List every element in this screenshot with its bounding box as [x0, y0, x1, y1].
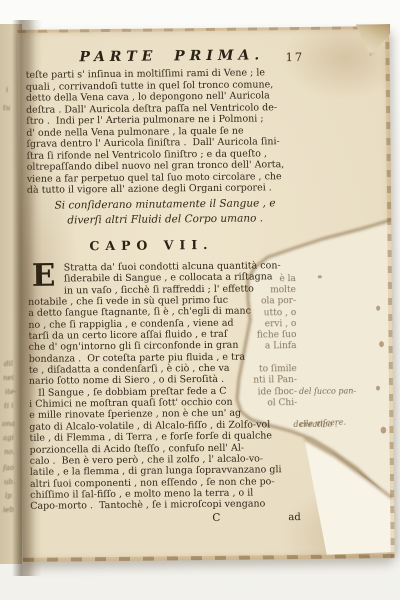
chapter-paragraph: Stratta da' ſuoi condotti alcuna quantit…	[28, 260, 284, 512]
fragment-text: ub.	[4, 478, 15, 486]
page-title: PARTE PRIMA.	[79, 47, 264, 65]
paragraph-continuation: teſte parti s' inſinua in moltiſſimi ram…	[26, 67, 285, 196]
fragment-text: molte	[270, 285, 296, 295]
fragment-text: ona	[2, 420, 15, 428]
fragment-text: fiche ſuo	[257, 330, 297, 340]
fragment-text: ti i	[4, 402, 14, 410]
under-page-margin-note: del ſucco pan- creatico .	[299, 363, 357, 452]
fragment-text: to ſimile	[259, 364, 297, 374]
chapter-heading: CAPO VII.	[27, 236, 275, 254]
fragment-text: ieb	[3, 506, 14, 514]
fragment-text: ervi , o	[265, 319, 297, 329]
fragment-text: a Linfa	[265, 341, 297, 351]
fragment-text: nei	[3, 374, 14, 382]
fragment-text: no.	[4, 448, 15, 456]
fragment-text: ola por-	[261, 296, 296, 306]
book-page: PARTE PRIMA. 17 teſte parti s' inſinua i…	[17, 26, 395, 562]
fragment-text: ide ſboc-	[258, 387, 298, 397]
photo-backdrop: { "page": { "header": { "title": "PARTE …	[0, 0, 400, 600]
fragment-text: è la	[279, 274, 296, 284]
fragment-text: tu	[3, 104, 11, 112]
fragment-text: agi	[3, 434, 14, 442]
fragment-text: ſao	[3, 464, 14, 472]
fragment-text: dil	[4, 360, 13, 368]
under-page-text-fragments: è lamolteola por-utto , oervi , ofiche ſ…	[249, 27, 299, 559]
fragment-text: utto , o	[264, 308, 297, 318]
fragment-text: ol Chi-	[267, 398, 297, 408]
fragment-text: lp	[5, 492, 12, 500]
fragment-text: i	[6, 86, 9, 94]
fragment-text: ite-	[5, 388, 17, 396]
margin-note-line: del ſucco pan-	[299, 385, 356, 397]
signature-mark: C	[212, 512, 220, 524]
fragment-text: nti il Pan-	[253, 375, 297, 385]
